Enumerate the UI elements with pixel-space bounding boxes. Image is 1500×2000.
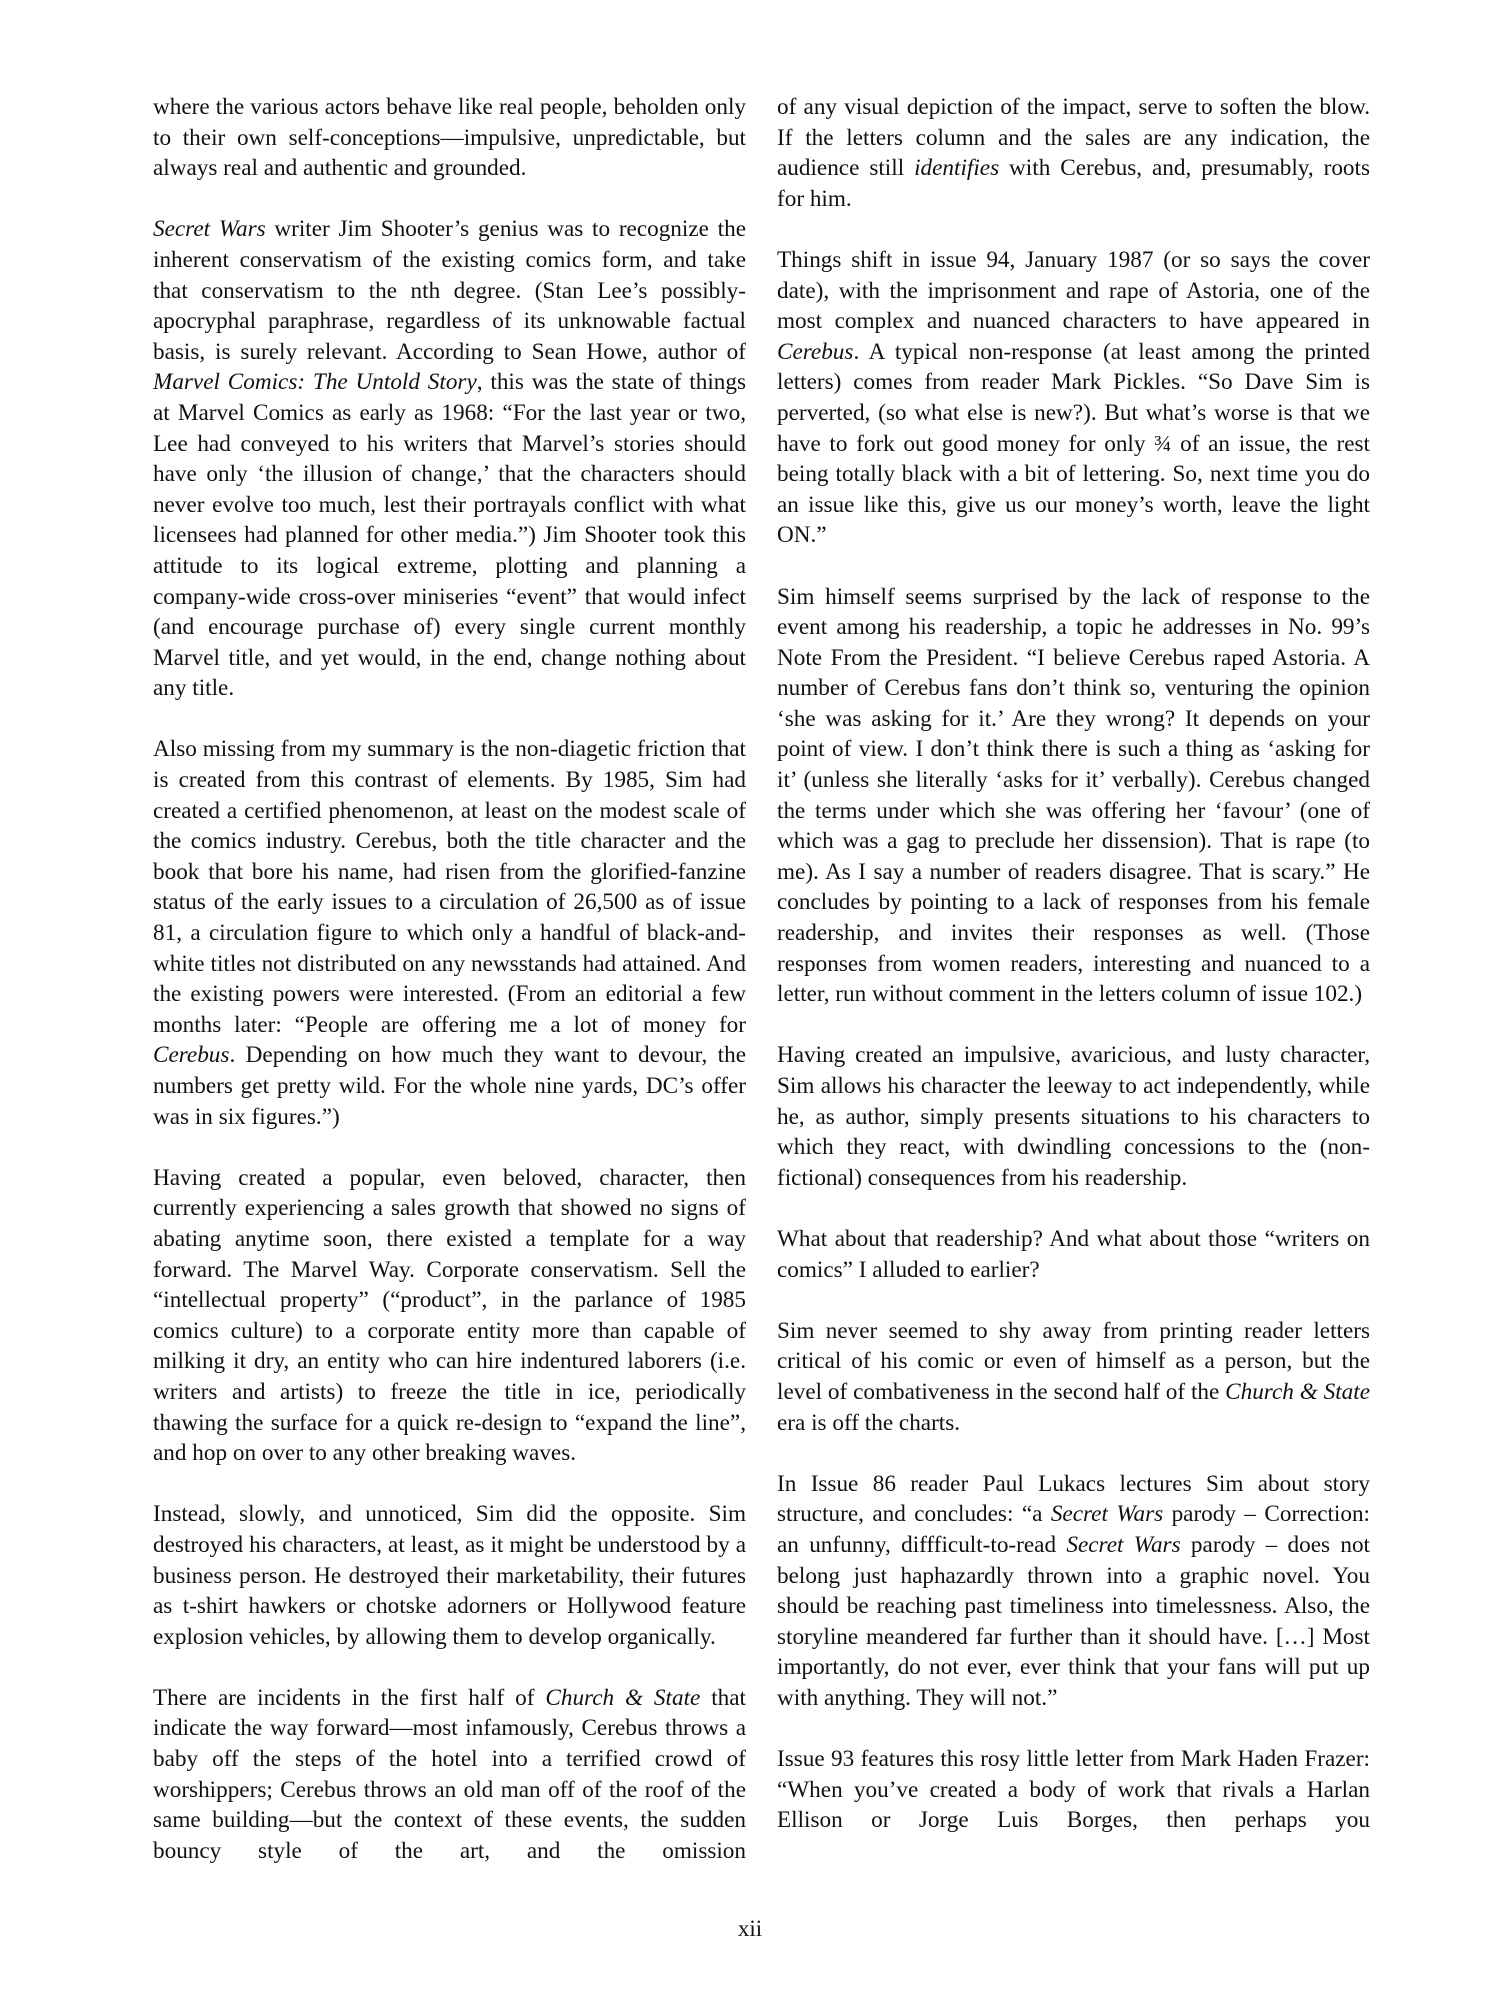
paragraph: Also missing from my summary is the non-… xyxy=(153,734,746,1132)
italic-title: Marvel Comics: The Untold Story xyxy=(153,369,477,395)
italic-title: Secret Wars xyxy=(1051,1501,1163,1527)
paragraph: Sim never seemed to shy away from printi… xyxy=(777,1316,1370,1438)
italic-title: identifies xyxy=(914,155,999,181)
italic-title: Church & State xyxy=(1225,1379,1370,1405)
italic-title: Secret Wars xyxy=(153,216,266,242)
paragraph: where the various actors behave like rea… xyxy=(153,92,746,184)
paragraph: Issue 93 features this rosy little lette… xyxy=(777,1744,1370,1836)
italic-title: Church & State xyxy=(545,1685,700,1711)
italic-title: Secret Wars xyxy=(1066,1532,1180,1558)
paragraph: Having created a popular, even beloved, … xyxy=(153,1163,746,1469)
paragraph: Instead, slowly, and unnoticed, Sim did … xyxy=(153,1499,746,1652)
right-text-column: of any visual depiction of the impact, s… xyxy=(777,92,1370,1836)
paragraph: Having created an impulsive, avaricious,… xyxy=(777,1040,1370,1193)
italic-title: Cerebus xyxy=(777,339,853,365)
paragraph: What about that readership? And what abo… xyxy=(777,1224,1370,1285)
page-number: xii xyxy=(0,1914,1500,1944)
paragraph: Things shift in issue 94, January 1987 (… xyxy=(777,245,1370,551)
paragraph: In Issue 86 reader Paul Lukacs lectures … xyxy=(777,1469,1370,1714)
paragraph: There are incidents in the first half of… xyxy=(153,1683,746,1867)
left-text-column: where the various actors behave like rea… xyxy=(153,92,746,1866)
paragraph: of any visual depiction of the impact, s… xyxy=(777,92,1370,214)
paragraph: Secret Wars writer Jim Shooter’s genius … xyxy=(153,214,746,704)
paragraph: Sim himself seems surprised by the lack … xyxy=(777,582,1370,1010)
italic-title: Cerebus xyxy=(153,1042,229,1068)
document-page: where the various actors behave like rea… xyxy=(0,0,1500,2000)
